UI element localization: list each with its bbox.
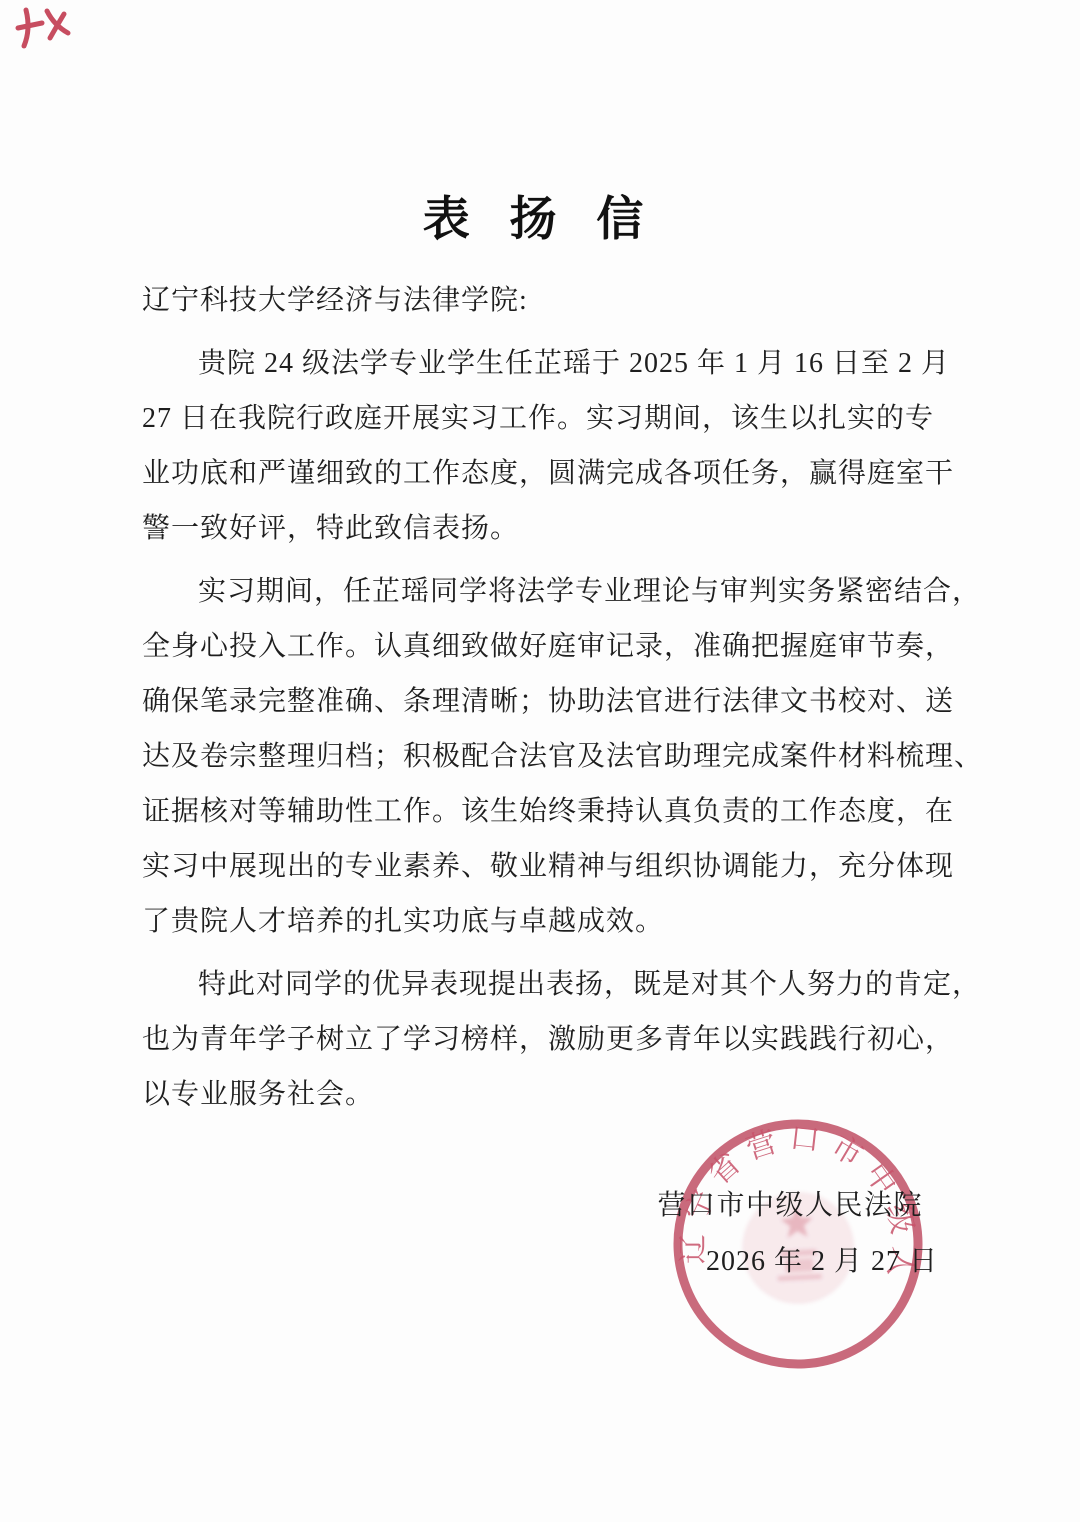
commendation-letter-page: 表 扬 信 辽宁科技大学经济与法律学院: 贵院 24 级法学专业学生任芷瑶于 2… — [0, 0, 1080, 1522]
letter-body: 贵院 24 级法学专业学生任芷瑶于 2025 年 1 月 16 日至 2 月 2… — [142, 336, 1022, 1130]
text-line: 了贵院人才培养的扎实功底与卓越成效。 — [142, 894, 1022, 949]
text-line: 业功底和严谨细致的工作态度，圆满完成各项任务，赢得庭室干 — [142, 446, 1022, 501]
red-pen-mark — [14, 2, 76, 54]
paragraph: 实习期间，任芷瑶同学将法学专业理论与审判实务紧密结合， 全身心投入工作。认真细致… — [142, 564, 1022, 949]
text-line: 贵院 24 级法学专业学生任芷瑶于 2025 年 1 月 16 日至 2 月 — [142, 336, 1022, 391]
text-line: 确保笔录完整准确、条理清晰；协助法官进行法律文书校对、送 — [142, 674, 1022, 729]
text-line: 警一致好评，特此致信表扬。 — [142, 501, 1022, 556]
text-line: 达及卷宗整理归档；积极配合法官及法官助理完成案件材料梳理、 — [142, 729, 1022, 784]
text-line: 全身心投入工作。认真细致做好庭审记录，准确把握庭审节奏， — [142, 619, 1022, 674]
salutation: 辽宁科技大学经济与法律学院: — [142, 283, 528, 319]
text-line: 特此对同学的优异表现提出表扬，既是对其个人努力的肯定， — [142, 957, 1022, 1012]
signature-date: 2026 年 2 月 27 日 — [706, 1242, 938, 1282]
paragraph: 特此对同学的优异表现提出表扬，既是对其个人努力的肯定， 也为青年学子树立了学习榜… — [142, 957, 1022, 1122]
text-line: 证据核对等辅助性工作。该生始终秉持认真负责的工作态度，在 — [142, 784, 1022, 839]
text-line: 也为青年学子树立了学习榜样，激励更多青年以实践践行初心， — [142, 1012, 1022, 1067]
text-line: 实习期间，任芷瑶同学将法学专业理论与审判实务紧密结合， — [142, 564, 1022, 619]
text-line: 27 日在我院行政庭开展实习工作。实习期间，该生以扎实的专 — [142, 391, 1022, 446]
text-line: 实习中展现出的专业素养、敬业精神与组织协调能力，充分体现 — [142, 839, 1022, 894]
signature-org: 营口市中级人民法院 — [657, 1186, 923, 1226]
paragraph: 贵院 24 级法学专业学生任芷瑶于 2025 年 1 月 16 日至 2 月 2… — [142, 336, 1022, 556]
letter-title: 表 扬 信 — [0, 188, 1080, 252]
